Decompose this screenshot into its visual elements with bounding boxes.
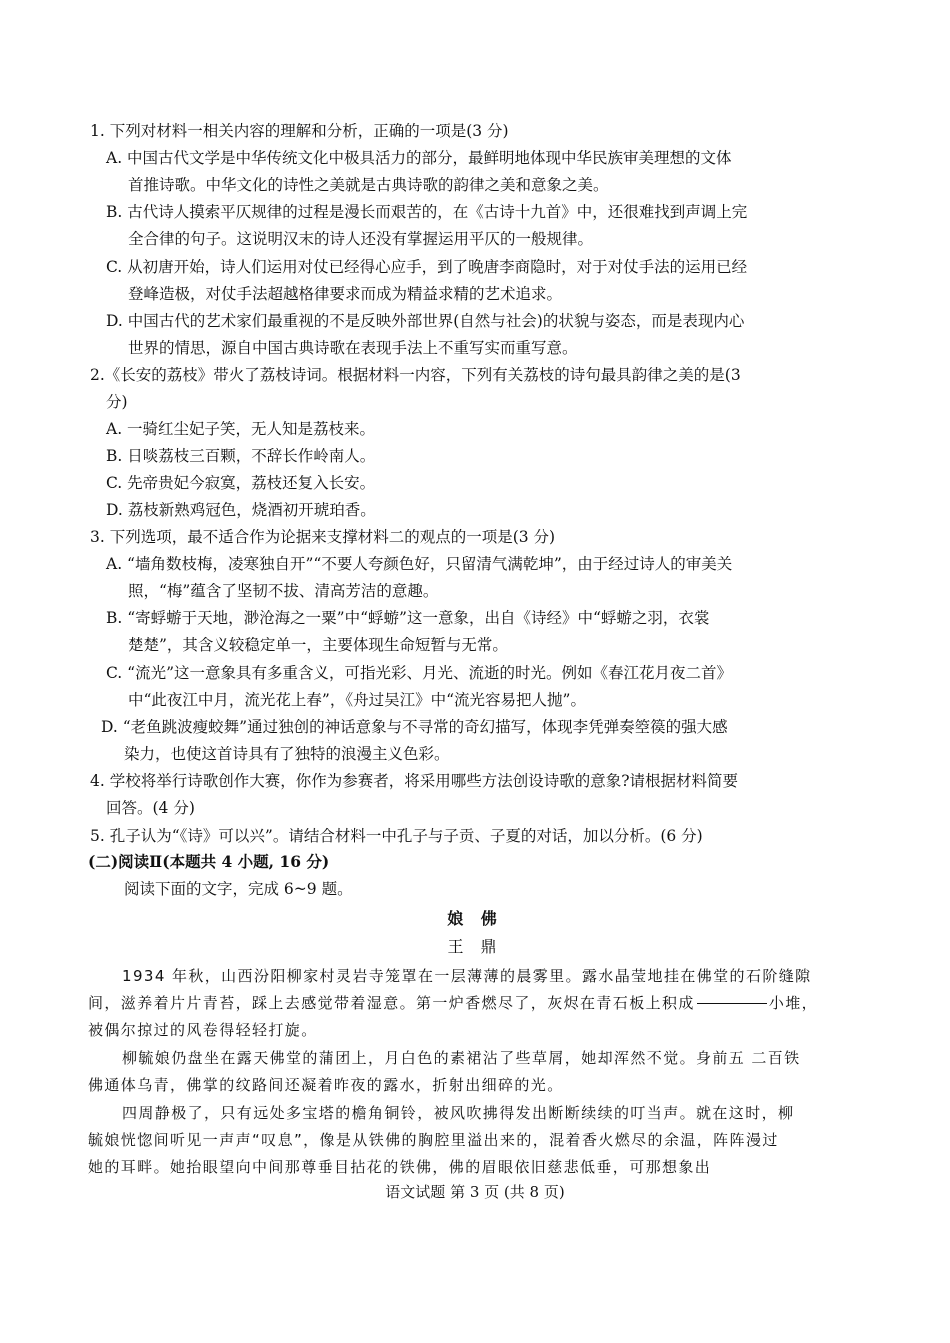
article-paragraph-1-line-1: 1934 年秋，山西汾阳柳家村灵岩寺笼罩在一层薄薄的晨雾里。露水晶莹地挂在佛堂的… xyxy=(122,966,860,986)
question-3-option-d: D. “老鱼跳波瘦蛟舞”通过独创的神话意象与不寻常的奇幻描写，体现李凭弹奏箜篌的… xyxy=(101,717,728,737)
paragraph-1-text-tail: 小堆， xyxy=(769,994,818,1012)
exam-page: 1. 下列对材料一相关内容的理解和分析，正确的一项是(3 分) A. 中国古代文… xyxy=(0,0,950,1343)
question-3-option-a: A. “墙角数枝梅，凌寒独自开”“不要人夸颜色好，只留清气满乾坤”，由于经过诗人… xyxy=(106,554,732,574)
article-paragraph-3-line-1: 四周静极了，只有远处多宝塔的檐角铜铃，被风吹拂得发出断断续续的叮当声。就在这时，… xyxy=(122,1103,794,1123)
question-5-stem: 5. 孔子认为“《诗》可以兴”。请结合材料一中孔子与子贡、子夏的对话，加以分析。… xyxy=(90,826,703,846)
question-2-option-c: C. 先帝贵妃今寂寞，荔枝还复入长安。 xyxy=(106,473,375,493)
article-paragraph-3-line-3: 她的耳畔。她抬眼望向中间那尊垂目拈花的铁佛，佛的眉眼依旧慈悲低垂，可那想象出 xyxy=(88,1157,711,1177)
question-1-stem: 1. 下列对材料一相关内容的理解和分析，正确的一项是(3 分) xyxy=(90,121,509,141)
question-1-option-d: D. 中国古代的艺术家们最重视的不是反映外部世界(自然与社会)的状貌与姿态，而是… xyxy=(106,311,744,331)
question-2-option-b: B. 日啖荔枝三百颗，不辞长作岭南人。 xyxy=(106,446,375,466)
question-3-option-c-cont: 中“此夜江中月，流光花上春”，《舟过吴江》中“流光容易把人抛”。 xyxy=(128,690,586,710)
question-3-option-c: C. “流光”这一意象具有多重含义，可指光彩、月光、流逝的时光。例如《春江花月夜… xyxy=(106,663,732,683)
question-1-option-d-cont: 世界的情思，源自中国古典诗歌在表现手法上不重写实而重写意。 xyxy=(128,338,578,358)
question-4-stem-cont: 回答。(4 分) xyxy=(106,798,195,818)
question-1-option-b-cont: 全合律的句子。这说明汉末的诗人还没有掌握运用平仄的一般规律。 xyxy=(128,229,593,249)
question-3-stem: 3. 下列选项，最不适合作为论据来支撑材料二的观点的一项是(3 分) xyxy=(90,527,555,547)
article-title: 娘 佛 xyxy=(0,909,950,929)
section-heading: (二)阅读Ⅱ(本题共 4 小题, 16 分) xyxy=(88,852,329,872)
article-author: 王 鼎 xyxy=(0,937,950,957)
question-1-option-c: C. 从初唐开始，诗人们运用对仗已经得心应手，到了晚唐李商隐时，对于对仗手法的运… xyxy=(106,257,747,277)
question-4-stem: 4. 学校将举行诗歌创作大赛，你作为参赛者，将采用哪些方法创设诗歌的意象?请根据… xyxy=(90,771,738,791)
blank-dash xyxy=(697,1003,767,1004)
question-2-stem: 2.《长安的荔枝》带火了荔枝诗词。根据材料一内容，下列有关荔枝的诗句最具韵律之美… xyxy=(90,365,741,385)
paragraph-1-text: 间，滋养着片片青苔，踩上去感觉带着湿意。第一炉香燃尽了，灰烬在青石板上积成 xyxy=(88,994,695,1012)
question-1-option-b: B. 古代诗人摸索平仄规律的过程是漫长而艰苦的，在《古诗十九首》中，还很难找到声… xyxy=(106,202,747,222)
question-2-option-a: A. 一骑红尘妃子笑，无人知是荔枝来。 xyxy=(106,419,375,439)
question-1-option-a-cont: 首推诗歌。中华文化的诗性之美就是古典诗歌的韵律之美和意象之美。 xyxy=(128,175,609,195)
question-3-option-a-cont: 照，“梅”蕴含了坚韧不拔、清高芳洁的意趣。 xyxy=(128,581,438,601)
question-3-option-b: B. “寄蜉蝣于天地，渺沧海之一粟”中“蜉蝣”这一意象，出自《诗经》中“蜉蝣之羽… xyxy=(106,608,709,628)
question-3-option-d-cont: 染力，也使这首诗具有了独特的浪漫主义色彩。 xyxy=(124,744,450,764)
article-paragraph-1-line-3: 被偶尔掠过的风卷得轻轻打旋。 xyxy=(88,1020,318,1040)
question-2-option-d: D. 荔枝新熟鸡冠色，烧酒初开琥珀香。 xyxy=(106,500,376,520)
section-instruction: 阅读下面的文字，完成 6~9 题。 xyxy=(124,879,353,899)
question-1-option-c-cont: 登峰造极，对仗手法超越格律要求而成为精益求精的艺术追求。 xyxy=(128,284,562,304)
article-paragraph-2-line-1: 柳毓娘仍盘坐在露天佛堂的蒲团上，月白色的素裙沾了些草屑，她却浑然不觉。身前五 二… xyxy=(122,1048,801,1068)
question-1-option-a: A. 中国古代文学是中华传统文化中极具活力的部分，最鲜明地体现中华民族审美理想的… xyxy=(106,148,732,168)
article-paragraph-1-line-2: 间，滋养着片片青苔，踩上去感觉带着湿意。第一炉香燃尽了，灰烬在青石板上积成小堆， xyxy=(88,993,818,1013)
article-paragraph-2-line-2: 佛通体乌青，佛掌的纹路间还凝着昨夜的露水，折射出细碎的光。 xyxy=(88,1075,564,1095)
article-paragraph-3-line-2: 毓娘恍惚间听见一声声“叹息”，像是从铁佛的胸腔里溢出来的，混着香火燃尽的余温，阵… xyxy=(88,1130,779,1150)
page-footer: 语文试题 第 3 页 (共 8 页) xyxy=(0,1182,950,1202)
question-2-stem-cont: 分) xyxy=(106,392,128,412)
question-3-option-b-cont: 楚楚”，其含义较稳定单一，主要体现生命短暂与无常。 xyxy=(128,635,508,655)
